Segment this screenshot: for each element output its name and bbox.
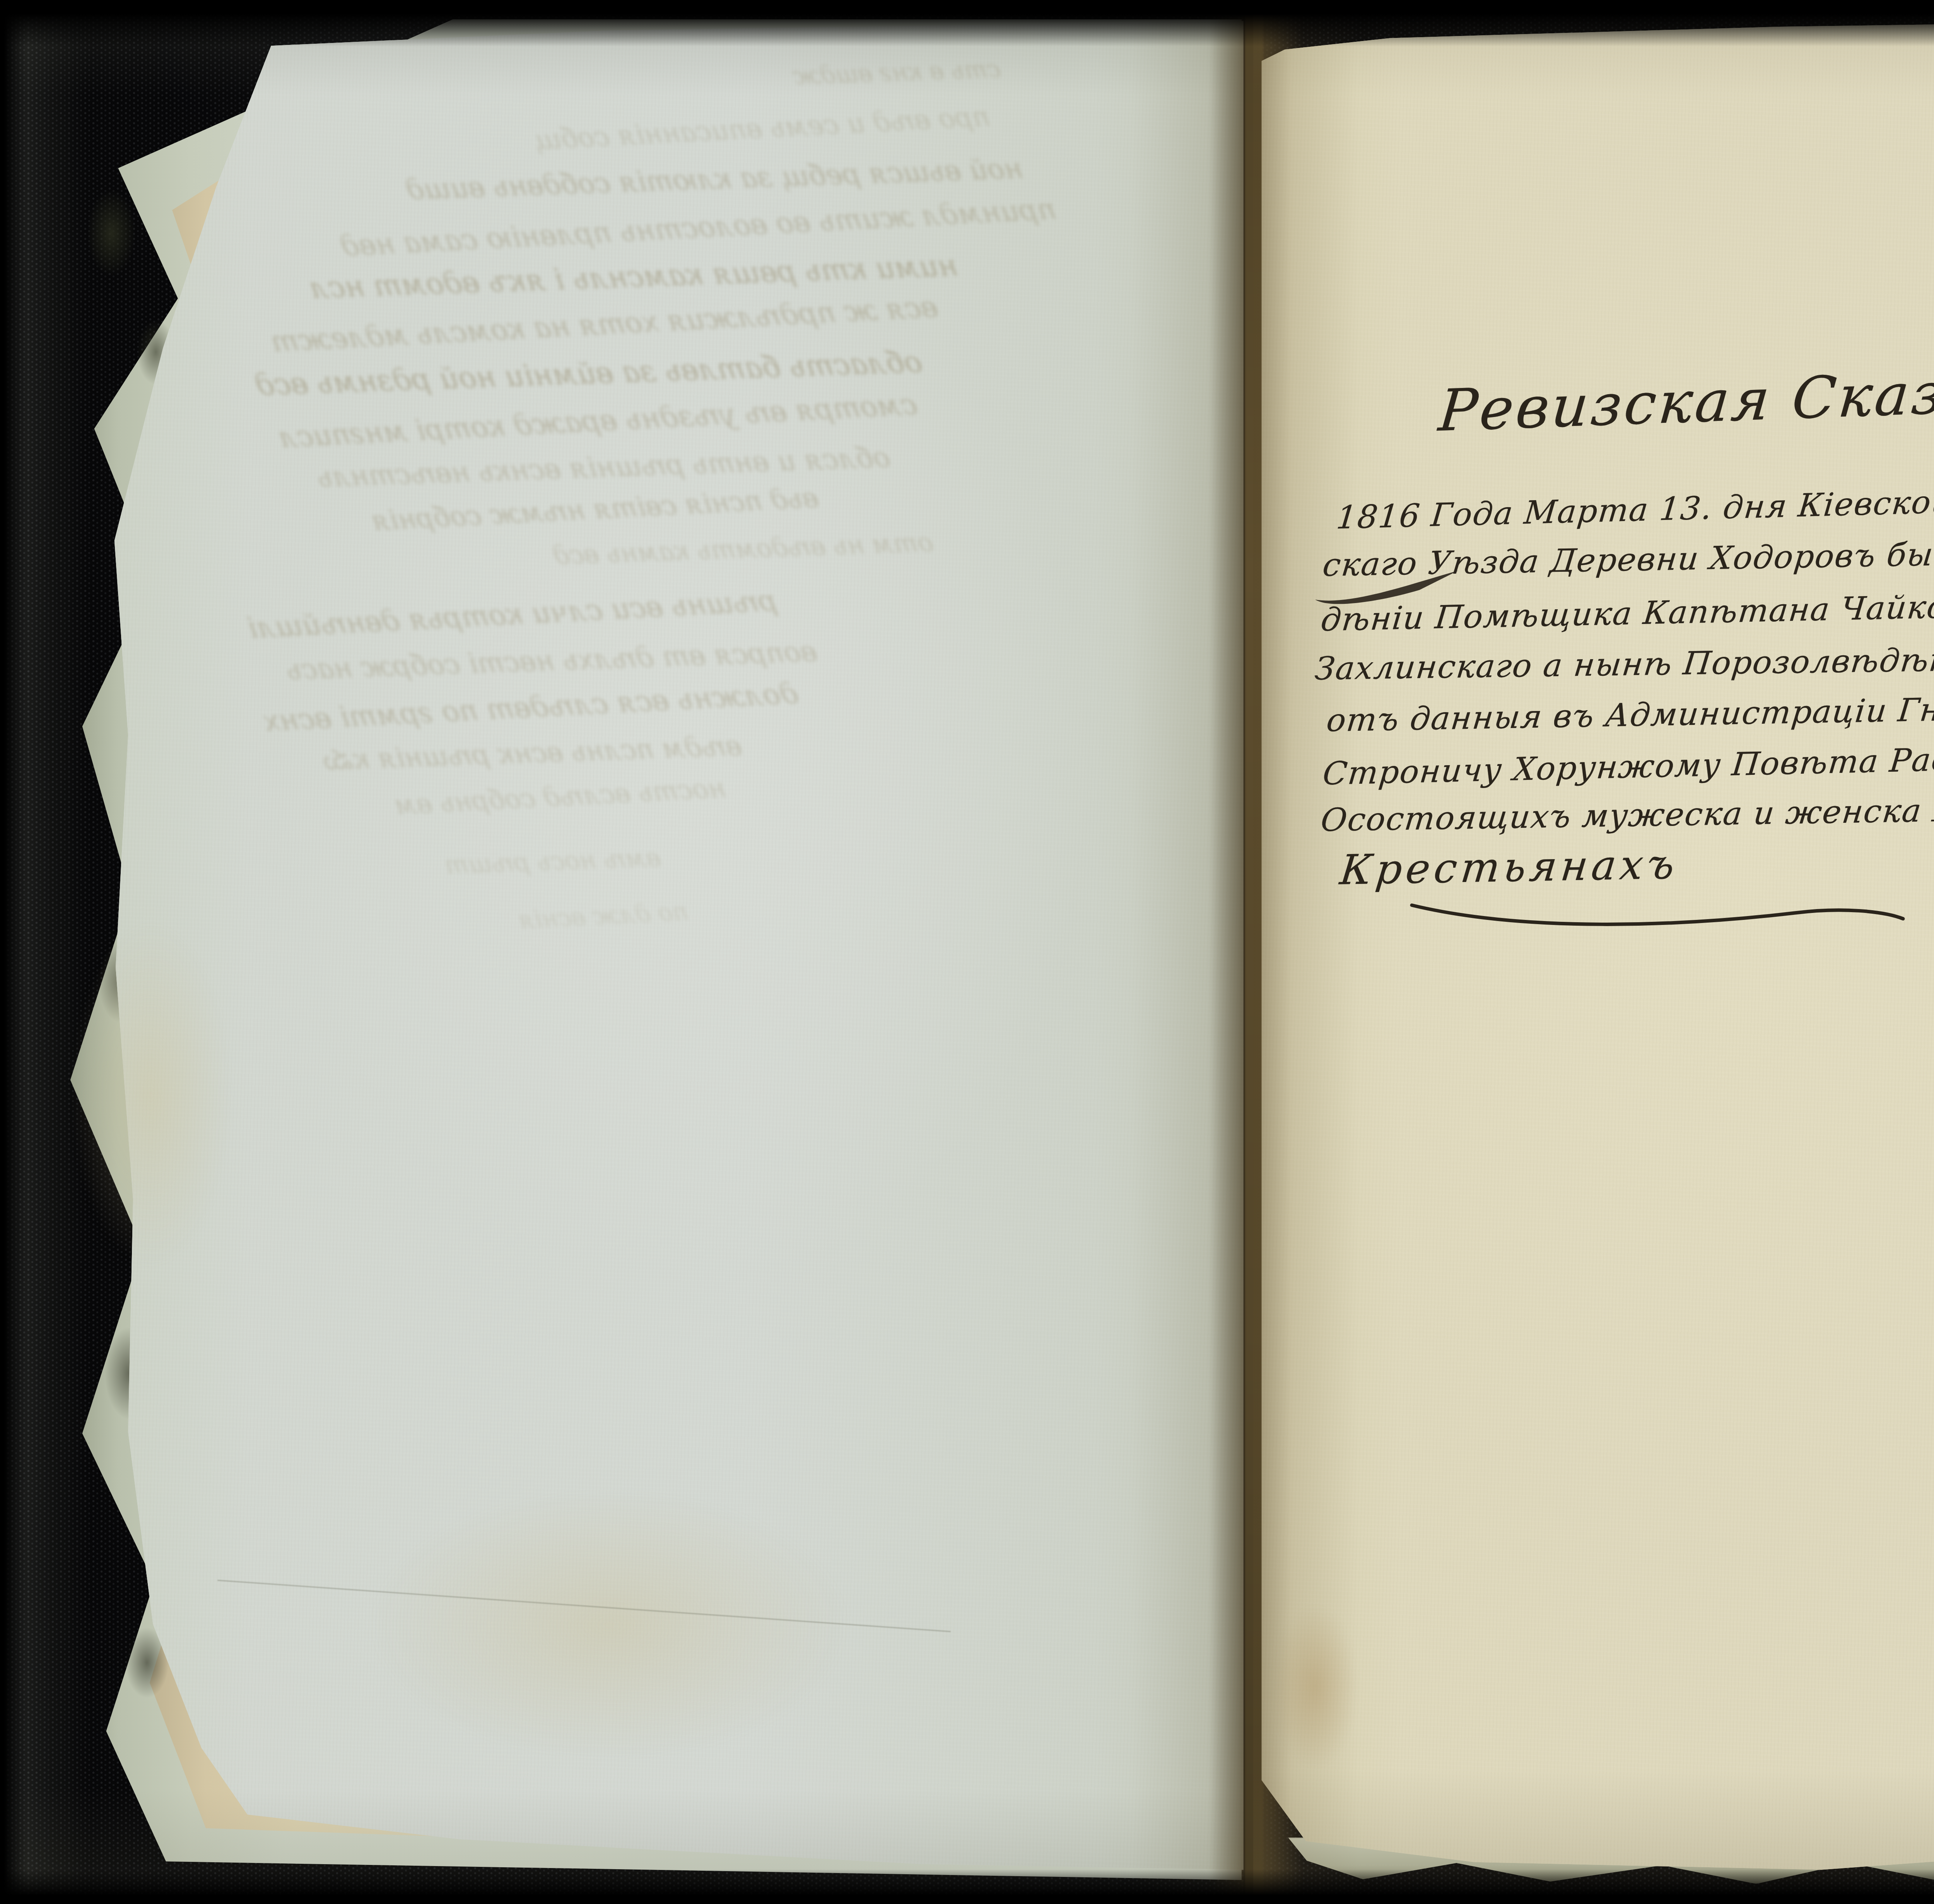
frame-shadow-bottom: [0, 1869, 1934, 1904]
underline-flourish: [1408, 890, 1911, 936]
ink-swash: [1304, 563, 1466, 625]
right-paper-grain: [1253, 0, 1934, 1904]
right-page: [1253, 0, 1934, 1904]
manuscript-scan: сть в кнг вшдж про вѣд и семь вписаннія …: [0, 0, 1934, 1904]
manuscript-line: Крестьянахъ: [1338, 840, 1681, 894]
gutter-stain: [1273, 1605, 1358, 1768]
frame-shadow-top: [0, 0, 1934, 46]
book-gutter-core: [1245, 0, 1263, 1904]
left-page-stain: [367, 1489, 851, 1760]
frame-shadow-left: [0, 0, 27, 1904]
left-page-stain: [70, 921, 232, 1269]
